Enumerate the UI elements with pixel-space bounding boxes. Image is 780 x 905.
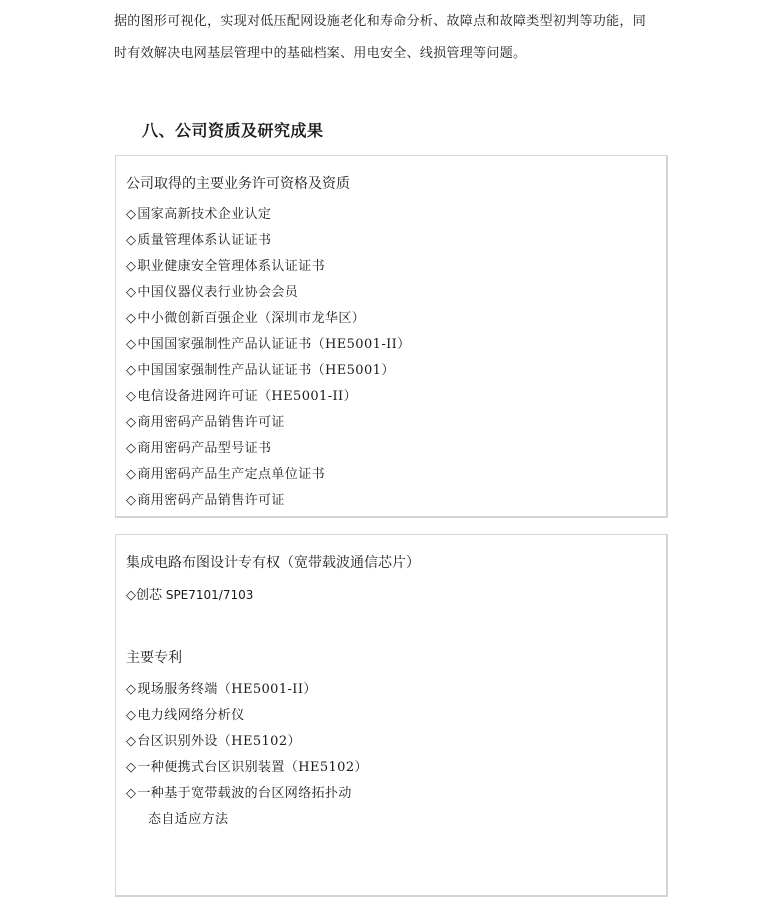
diamond-bullet-icon: ◇ <box>126 332 136 358</box>
list-item: ◇商用密码产品销售许可证 <box>126 410 411 436</box>
ic-layout-item: ◇创芯 SPE7101/7103 <box>126 585 253 606</box>
diamond-bullet-icon: ◇ <box>126 306 136 332</box>
intro-line-2: 时有效解决电网基层管理中的基础档案、用电安全、线损管理等问题。 <box>114 38 674 70</box>
ip-box: 集成电路布图设计专有权（宽带载波通信芯片） ◇创芯 SPE7101/7103 主… <box>115 534 668 897</box>
list-item: ◇电信设备进网许可证（HE5001-II） <box>126 384 411 410</box>
diamond-bullet-icon: ◇ <box>126 781 136 807</box>
list-item: ◇一种便携式台区识别装置（HE5102） <box>126 755 368 781</box>
intro-line-1: 据的图形可视化，实现对低压配网设施老化和寿命分析、故障点和故障类型初判等功能，同 <box>114 6 674 38</box>
intro-paragraph: 据的图形可视化，实现对低压配网设施老化和寿命分析、故障点和故障类型初判等功能，同… <box>114 6 674 70</box>
ic-layout-title: 集成电路布图设计专有权（宽带载波通信芯片） <box>126 552 420 572</box>
diamond-bullet-icon: ◇ <box>126 410 136 436</box>
patents-list: ◇现场服务终端（HE5001-II） ◇电力线网络分析仪 ◇台区识别外设（HE5… <box>126 677 368 833</box>
diamond-bullet-icon: ◇ <box>126 677 136 703</box>
list-item: ◇现场服务终端（HE5001-II） <box>126 677 368 703</box>
diamond-bullet-icon: ◇ <box>126 488 136 514</box>
list-item: ◇商用密码产品生产定点单位证书 <box>126 462 411 488</box>
qualifications-list: ◇国家高新技术企业认定 ◇质量管理体系认证证书 ◇职业健康安全管理体系认证证书 … <box>126 202 411 514</box>
list-item: ◇台区识别外设（HE5102） <box>126 729 368 755</box>
list-item: ◇中国国家强制性产品认证证书（HE5001） <box>126 358 411 384</box>
diamond-bullet-icon: ◇ <box>126 228 136 254</box>
diamond-bullet-icon: ◇ <box>126 358 136 384</box>
list-item: ◇电力线网络分析仪 <box>126 703 368 729</box>
list-item: ◇国家高新技术企业认定 <box>126 202 411 228</box>
qualifications-box: 公司取得的主要业务许可资格及资质 ◇国家高新技术企业认定 ◇质量管理体系认证证书… <box>115 155 668 518</box>
diamond-bullet-icon: ◇ <box>126 755 136 781</box>
list-item: ◇质量管理体系认证证书 <box>126 228 411 254</box>
section-heading: 八、公司资质及研究成果 <box>142 118 324 141</box>
list-item: ◇中小微创新百强企业（深圳市龙华区） <box>126 306 411 332</box>
diamond-bullet-icon: ◇ <box>126 462 136 488</box>
diamond-bullet-icon: ◇ <box>126 280 136 306</box>
qualifications-title: 公司取得的主要业务许可资格及资质 <box>126 173 350 193</box>
diamond-bullet-icon: ◇ <box>126 703 136 729</box>
list-item: ◇商用密码产品销售许可证 <box>126 488 411 514</box>
diamond-bullet-icon: ◇ <box>126 588 136 603</box>
list-item: ◇一种基于宽带载波的台区网络拓扑动 <box>126 781 368 807</box>
list-item: ◇中国国家强制性产品认证证书（HE5001-II） <box>126 332 411 358</box>
diamond-bullet-icon: ◇ <box>126 384 136 410</box>
diamond-bullet-icon: ◇ <box>126 254 136 280</box>
diamond-bullet-icon: ◇ <box>126 202 136 228</box>
diamond-bullet-icon: ◇ <box>126 729 136 755</box>
patents-title: 主要专利 <box>126 647 182 667</box>
list-item-continuation: 态自适应方法 <box>126 807 368 833</box>
list-item: ◇职业健康安全管理体系认证证书 <box>126 254 411 280</box>
diamond-bullet-icon: ◇ <box>126 436 136 462</box>
list-item: ◇中国仪器仪表行业协会会员 <box>126 280 411 306</box>
list-item: ◇商用密码产品型号证书 <box>126 436 411 462</box>
